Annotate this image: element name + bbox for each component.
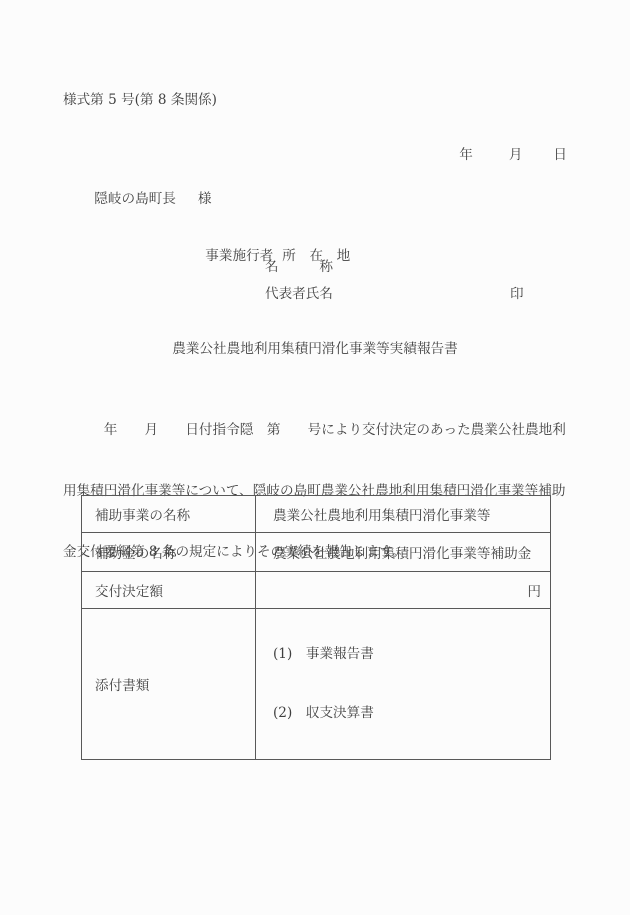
operator-name-label: 名 称 [265,255,333,275]
row-value-attachments: (1) 事業報告書 (2) 収支決算書 [256,609,551,760]
attachment-item: (2) 収支決算書 [273,700,550,727]
row-value-subsidy-project-name: 農業公社農地利用集積円滑化事業等 [256,496,551,533]
addressee-name: 隠岐の島町長 [94,191,176,207]
form-number: 様式第 5 号(第 8 条関係) [63,88,217,108]
operator-representative-label: 代表者氏名 [265,282,333,302]
table-row: 補助金の名称 農業公社農地利用集積円滑化事業等補助金 [82,533,551,572]
row-value-subsidy-name: 農業公社農地利用集積円滑化事業等補助金 [256,533,551,572]
row-label-subsidy-project-name: 補助事業の名称 [82,496,256,533]
table-row: 補助事業の名称 農業公社農地利用集積円滑化事業等 [82,496,551,533]
row-value-grant-amount-unit: 円 [256,572,551,609]
addressee-honorific: 様 [198,191,212,207]
summary-table: 補助事業の名称 農業公社農地利用集積円滑化事業等 補助金の名称 農業公社農地利用… [81,495,551,760]
document-page: 様式第 5 号(第 8 条関係) 年 月 日 隠岐の島町長様 事業施行者所 在 … [0,0,630,915]
date-year-label: 年 [459,143,473,163]
date-line: 年 月 日 [459,143,567,163]
row-label-grant-amount: 交付決定額 [82,572,256,609]
seal-mark: 印 [510,282,524,302]
date-month-label: 月 [509,143,523,163]
table-row: 交付決定額 円 [82,572,551,609]
row-label-attachments: 添付書類 [82,609,256,760]
document-title: 農業公社農地利用集積円滑化事業等実績報告書 [0,337,630,357]
attachment-item: (1) 事業報告書 [273,641,550,668]
addressee-line: 隠岐の島町長様 [77,171,211,223]
body-line: 年 月 日付指令隠 第 号により交付決定のあった農業公社農地利 [63,416,575,445]
row-label-subsidy-name: 補助金の名称 [82,533,256,572]
date-day-label: 日 [553,143,567,163]
table-row: 添付書類 (1) 事業報告書 (2) 収支決算書 [82,609,551,760]
